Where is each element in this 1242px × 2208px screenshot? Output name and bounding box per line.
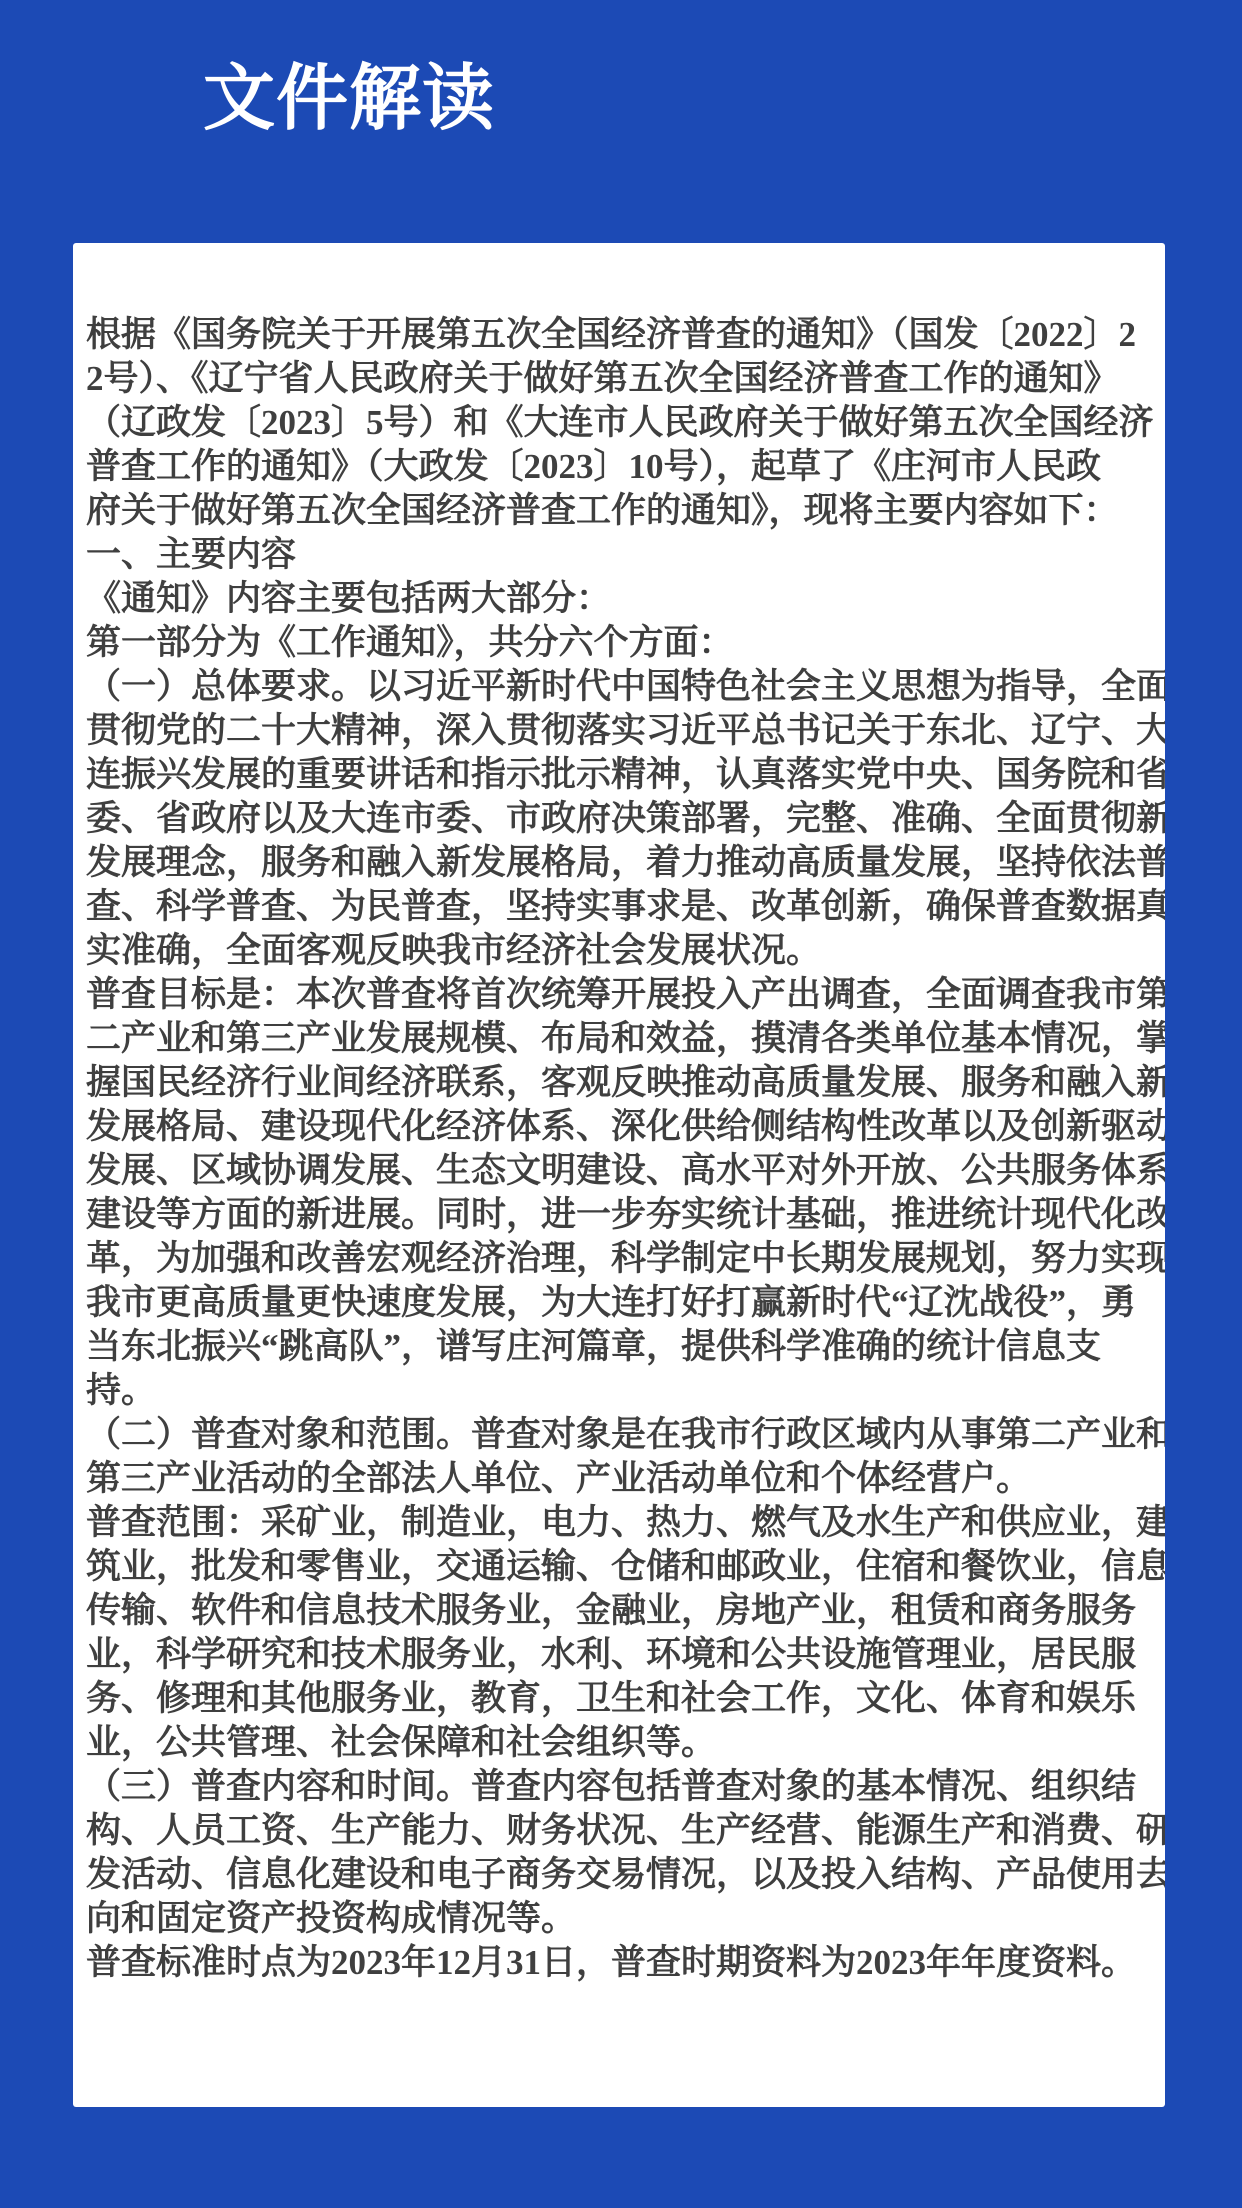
- text-line: 革，为加强和改善宏观经济治理，科学制定中长期发展规划，努力实现: [86, 1237, 1155, 1281]
- text-line: 业，公共管理、社会保障和社会组织等。: [86, 1721, 1155, 1765]
- text-line: 传输、软件和信息技术服务业，金融业，房地产业，租赁和商务服务: [86, 1589, 1155, 1633]
- text-line: 普查工作的通知》（大政发〔2023〕10号），起草了《庄河市人民政: [86, 445, 1155, 489]
- text-line: 向和固定资产投资构成情况等。: [86, 1897, 1155, 1941]
- text-line: 普查范围：采矿业，制造业，电力、热力、燃气及水生产和供应业，建: [86, 1501, 1155, 1545]
- text-line: 业，科学研究和技术服务业，水利、环境和公共设施管理业，居民服: [86, 1633, 1155, 1677]
- text-line: 我市更高质量更快速度发展，为大连打好打赢新时代“辽沈战役”，勇: [86, 1281, 1155, 1325]
- text-line: 一、主要内容: [86, 533, 1155, 577]
- text-line: 根据《国务院关于开展第五次全国经济普查的通知》（国发〔2022〕2: [86, 313, 1155, 357]
- text-line: （辽政发〔2023〕5号）和《大连市人民政府关于做好第五次全国经济: [86, 401, 1155, 445]
- page-background: 文件解读 根据《国务院关于开展第五次全国经济普查的通知》（国发〔2022〕22号…: [0, 0, 1242, 2208]
- text-line: 查、科学普查、为民普查，坚持实事求是、改革创新，确保普查数据真: [86, 885, 1155, 929]
- text-line: （二）普查对象和范围。普查对象是在我市行政区域内从事第二产业和: [86, 1413, 1155, 1457]
- text-line: 持。: [86, 1369, 1155, 1413]
- text-line: 构、人员工资、生产能力、财务状况、生产经营、能源生产和消费、研: [86, 1809, 1155, 1853]
- text-line: 发展、区域协调发展、生态文明建设、高水平对外开放、公共服务体系: [86, 1149, 1155, 1193]
- text-line: （一）总体要求。以习近平新时代中国特色社会主义思想为指导，全面: [86, 665, 1155, 709]
- text-line: 《通知》内容主要包括两大部分：: [86, 577, 1155, 621]
- text-line: 第三产业活动的全部法人单位、产业活动单位和个体经营户。: [86, 1457, 1155, 1501]
- text-line: 二产业和第三产业发展规模、布局和效益，摸清各类单位基本情况，掌: [86, 1017, 1155, 1061]
- text-line: 委、省政府以及大连市委、市政府决策部署，完整、准确、全面贯彻新: [86, 797, 1155, 841]
- text-line: 普查标准时点为2023年12月31日，普查时期资料为2023年年度资料。: [86, 1941, 1155, 1985]
- text-line: 建设等方面的新进展。同时，进一步夯实统计基础，推进统计现代化改: [86, 1193, 1155, 1237]
- page-title: 文件解读: [203, 52, 495, 146]
- text-line: 握国民经济行业间经济联系，客观反映推动高质量发展、服务和融入新: [86, 1061, 1155, 1105]
- text-line: 当东北振兴“跳高队”，谱写庄河篇章，提供科学准确的统计信息支: [86, 1325, 1155, 1369]
- content-card: 根据《国务院关于开展第五次全国经济普查的通知》（国发〔2022〕22号）、《辽宁…: [73, 243, 1165, 2107]
- text-line: 实准确，全面客观反映我市经济社会发展状况。: [86, 929, 1155, 973]
- text-line: 2号）、《辽宁省人民政府关于做好第五次全国经济普查工作的通知》: [86, 357, 1155, 401]
- text-line: 普查目标是：本次普查将首次统筹开展投入产出调查，全面调查我市第: [86, 973, 1155, 1017]
- text-line: （三）普查内容和时间。普查内容包括普查对象的基本情况、组织结: [86, 1765, 1155, 1809]
- text-line: 府关于做好第五次全国经济普查工作的通知》，现将主要内容如下：: [86, 489, 1155, 533]
- body-text: 根据《国务院关于开展第五次全国经济普查的通知》（国发〔2022〕22号）、《辽宁…: [73, 243, 1165, 1985]
- text-line: 发活动、信息化建设和电子商务交易情况，以及投入结构、产品使用去: [86, 1853, 1155, 1897]
- text-line: 务、修理和其他服务业，教育，卫生和社会工作，文化、体育和娱乐: [86, 1677, 1155, 1721]
- text-line: 连振兴发展的重要讲话和指示批示精神，认真落实党中央、国务院和省: [86, 753, 1155, 797]
- text-line: 发展理念，服务和融入新发展格局，着力推动高质量发展，坚持依法普: [86, 841, 1155, 885]
- text-line: 贯彻党的二十大精神，深入贯彻落实习近平总书记关于东北、辽宁、大: [86, 709, 1155, 753]
- text-line: 筑业，批发和零售业，交通运输、仓储和邮政业，住宿和餐饮业，信息: [86, 1545, 1155, 1589]
- text-line: 发展格局、建设现代化经济体系、深化供给侧结构性改革以及创新驱动: [86, 1105, 1155, 1149]
- text-line: 第一部分为《工作通知》，共分六个方面：: [86, 621, 1155, 665]
